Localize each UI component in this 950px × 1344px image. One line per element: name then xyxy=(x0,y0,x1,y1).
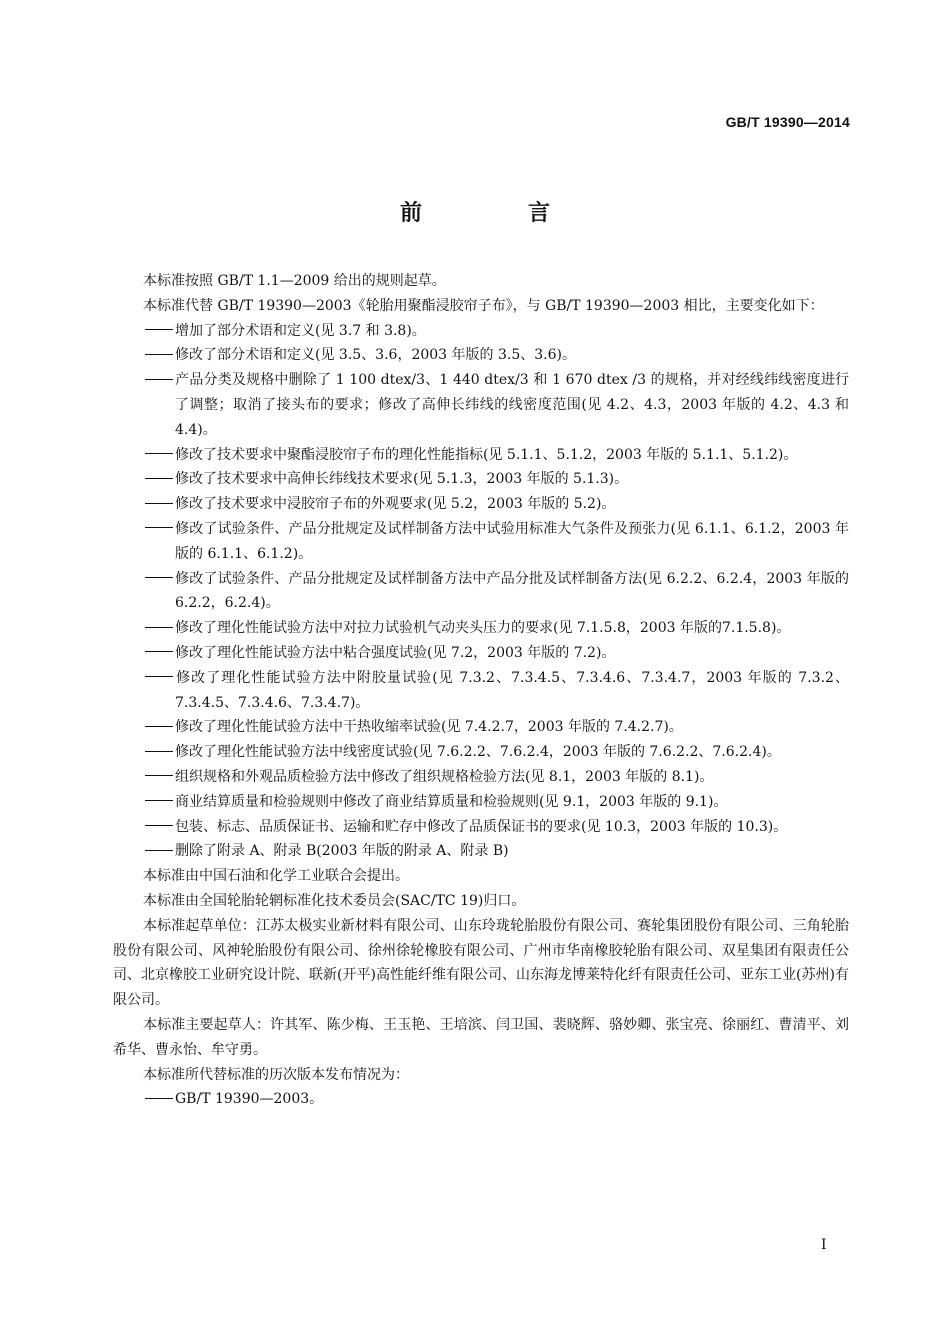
dash-marker xyxy=(145,319,175,344)
dash-marker xyxy=(145,790,175,815)
dash-marker xyxy=(145,839,175,864)
page-number: I xyxy=(821,1237,827,1253)
dash-marker xyxy=(145,641,175,666)
list-item: 商业结算质量和检验规则中修改了商业结算质量和检验规则(见 9.1，2003 年版… xyxy=(113,790,849,815)
dash-marker xyxy=(145,368,175,393)
dash-marker xyxy=(145,740,175,765)
dash-marker xyxy=(145,765,175,790)
dash-marker xyxy=(145,666,175,691)
list-item: 修改了理化性能试验方法中对拉力试验机气动夹头压力的要求(见 7.1.5.8，20… xyxy=(113,616,849,641)
list-item: 增加了部分术语和定义(见 3.7 和 3.8)。 xyxy=(113,319,849,344)
list-item: 修改了试验条件、产品分批规定及试样制备方法中产品分批及试样制备方法(见 6.2.… xyxy=(113,567,849,617)
dash-marker xyxy=(145,616,175,641)
list-item: 修改了技术要求中浸胶帘子布的外观要求(见 5.2，2003 年版的 5.2)。 xyxy=(113,492,849,517)
standard-number: GB/T 19390—2014 xyxy=(726,114,850,130)
page-title: 前 言 xyxy=(0,196,950,227)
dash-marker xyxy=(145,1087,175,1112)
main-drafters: 本标准主要起草人：许其军、陈少梅、王玉艳、王培滨、闫卫国、裴晓辉、骆妙卿、张宝亮… xyxy=(113,1013,849,1063)
list-item: 产品分类及规格中删除了 1 100 dtex/3、1 440 dtex/3 和 … xyxy=(113,368,849,442)
paragraph: 本标准由全国轮胎轮辋标准化技术委员会(SAC/TC 19)归口。 xyxy=(113,889,849,914)
list-item: 修改了技术要求中高伸长纬线技术要求(见 5.1.3，2003 年版的 5.1.3… xyxy=(113,467,849,492)
list-item: 修改了理化性能试验方法中附胶量试验(见 7.3.2、7.3.4.5、7.3.4.… xyxy=(113,666,849,716)
dash-marker xyxy=(145,343,175,368)
dash-marker xyxy=(145,715,175,740)
list-item: 修改了试验条件、产品分批规定及试样制备方法中试验用标准大气条件及预张力(见 6.… xyxy=(113,517,849,567)
paragraph: 本标准由中国石油和化学工业联合会提出。 xyxy=(113,864,849,889)
list-item: 删除了附录 A、附录 B(2003 年版的附录 A、附录 B) xyxy=(113,839,849,864)
dash-marker xyxy=(145,517,175,542)
foreword-body: 本标准按照 GB/T 1.1—2009 给出的规则起草。 本标准代替 GB/T … xyxy=(113,269,849,1112)
changes-list: 增加了部分术语和定义(见 3.7 和 3.8)。 修改了部分术语和定义(见 3.… xyxy=(113,319,849,865)
drafting-units: 本标准起草单位：江苏太极实业新材料有限公司、山东玲珑轮胎股份有限公司、赛轮集团股… xyxy=(113,914,849,1013)
list-item: 修改了理化性能试验方法中线密度试验(见 7.6.2.2、7.6.2.4，2003… xyxy=(113,740,849,765)
list-item: 组织规格和外观品质检验方法中修改了组织规格检验方法(见 8.1，2003 年版的… xyxy=(113,765,849,790)
dash-marker xyxy=(145,467,175,492)
paragraph: 本标准所代替标准的历次版本发布情况为： xyxy=(113,1063,849,1088)
history-item: GB/T 19390—2003。 xyxy=(113,1087,849,1112)
paragraph: 本标准按照 GB/T 1.1—2009 给出的规则起草。 xyxy=(113,269,849,294)
list-item: 修改了理化性能试验方法中粘合强度试验(见 7.2，2003 年版的 7.2)。 xyxy=(113,641,849,666)
list-item: 修改了理化性能试验方法中干热收缩率试验(见 7.4.2.7，2003 年版的 7… xyxy=(113,715,849,740)
dash-marker xyxy=(145,492,175,517)
paragraph: 本标准代替 GB/T 19390—2003《轮胎用聚酯浸胶帘子布》，与 GB/T… xyxy=(113,294,849,319)
dash-marker xyxy=(145,815,175,840)
list-item: 包装、标志、品质保证书、运输和贮存中修改了品质保证书的要求(见 10.3，200… xyxy=(113,815,849,840)
dash-marker xyxy=(145,443,175,468)
dash-marker xyxy=(145,567,175,592)
list-item: 修改了部分术语和定义(见 3.5、3.6，2003 年版的 3.5、3.6)。 xyxy=(113,343,849,368)
list-item: 修改了技术要求中聚酯浸胶帘子布的理化性能指标(见 5.1.1、5.1.2，200… xyxy=(113,443,849,468)
